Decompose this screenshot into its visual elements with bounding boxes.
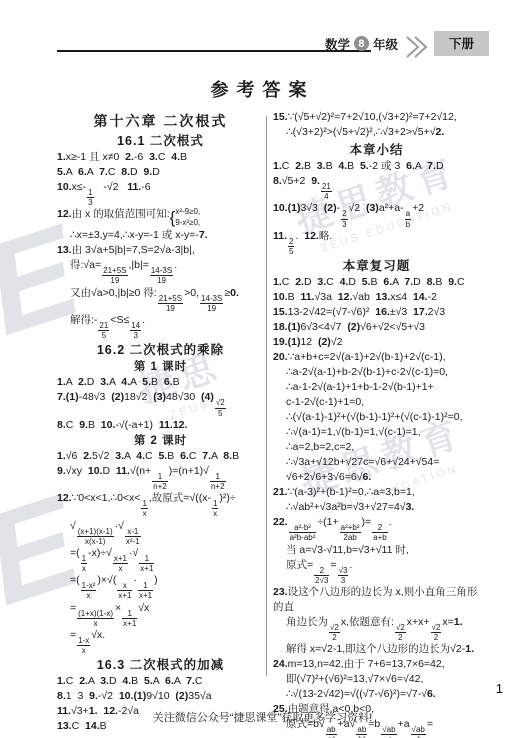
fraction: 14-3S19 <box>150 266 173 285</box>
fraction: 143 <box>130 321 141 340</box>
answer-line-continued: ∴√(13-2√42)=√((√7-√6)²)=√7-√6. <box>273 687 480 702</box>
answer-line: 22.a²-b²a²b-ab²÷(1+a²+b²2ab)=2a+b. <box>273 515 480 542</box>
answer-line-continued: 即(√7)²+(√6)²=13,√7×√6=√42, <box>273 672 480 687</box>
answer-line: 10.B 11.√3a 12.√ab 13.x≤4 14.-2 <box>273 290 480 305</box>
fraction: √33 <box>338 566 349 585</box>
answer-line-continued: 得:√a=21+5S19,|b|=14-3S19. <box>57 258 264 285</box>
answer-line-continued: ∴(√(a-1)-1)²+(√(b-1)-1)²+(√(c-1)-1)²=0, <box>273 410 480 425</box>
answer-line: 5.A 6.A 7.C 8.D 9.D <box>57 165 264 180</box>
fraction: 21+5S19 <box>102 266 127 285</box>
fraction: 25 <box>288 237 294 256</box>
section-heading: 16.2 二次根式的乘除 <box>57 341 264 359</box>
fraction: aba² <box>326 725 337 738</box>
header-rule <box>57 50 371 52</box>
answer-line: 9.√xy 10.D 11.√(n+1n+2)=(n+1)√1n+2 <box>57 464 264 491</box>
answer-line-continued: ∴√(a-1)=1,√(b-1)=1,√(c-1)=1, <box>273 425 480 440</box>
answer-line: 15.∵(√5+√2)²=7+2√10,(√3+2)²=7+2√12, <box>273 110 480 125</box>
answer-line: 21.∵(a-3)²+(b-1)²=0,∴a=3,b=1, <box>273 485 480 500</box>
fraction: 1x+1 <box>122 609 137 628</box>
fraction: 23 <box>341 209 347 228</box>
fraction: (x+1)(x-1)x(x-1) <box>77 527 114 546</box>
fraction: x+1x <box>113 554 128 573</box>
section-heading: 本章复习题 <box>273 257 480 275</box>
fraction: abb² <box>356 725 367 738</box>
answer-line-continued: 当 a=√3-√11,b=√3+√11 时, <box>273 543 480 558</box>
section-heading: 本章小结 <box>273 141 480 159</box>
lesson-heading: 第 1 课时 <box>57 359 264 375</box>
answer-line-continued: ∴√3a+√12b+√27c=√6+√24+√54= <box>273 455 480 470</box>
cases-brace: {x²-9≥0,9-x²≥0, <box>170 207 201 228</box>
answer-line: 1.√6 2.5√2 3.A 4.C 5.B 6.C 7.A 8.B <box>57 449 264 464</box>
page-number: 1 <box>496 681 503 696</box>
left-column: 第十六章 二次根式16.1 二次根式1.x≥-1 且 x≠0 2.-6 3.C … <box>57 110 264 734</box>
answer-line: 1.A 2.D 3.A 4.A 5.B 6.B <box>57 375 264 390</box>
fraction: 1-x²x <box>81 581 97 600</box>
fraction: 14-3S19 <box>200 294 223 313</box>
answer-line: 24.m=13,n=42,由于 7+6=13,7×6=42, <box>273 657 480 672</box>
answer-line: 12.由 x 的取值范围可知:{x²-9≥0,9-x²≥0, <box>57 207 264 228</box>
fraction: 1n+2 <box>210 472 226 491</box>
answer-line-continued: c-1-2√(c-1)+1=0, <box>273 395 480 410</box>
fraction: √ab-b <box>411 725 426 738</box>
answer-line: 8.C 9.B 10.-√(-a+1) 11.12. <box>57 418 264 433</box>
fraction: 1x+1 <box>139 554 154 573</box>
answer-line-continued: =(1+x)(1-x)x×1x+1√x <box>57 601 264 628</box>
answer-line-continued: =1-xx√x. <box>57 628 264 655</box>
answer-line-continued: √(x+1)(x-1)x(x-1)·√x-1x²-1 <box>57 519 264 546</box>
answer-line: 20.∵a+b+c=2√(a-1)+2√(b-1)+2√(c-1), <box>273 350 480 365</box>
fraction: a²-b²a²b-ab² <box>289 523 317 542</box>
fraction: 1x <box>141 499 147 518</box>
chevron-right-icon <box>404 35 432 59</box>
fraction: 13 <box>87 188 93 207</box>
fraction: 2a+b <box>372 523 388 542</box>
fraction: 1x <box>212 499 218 518</box>
fraction: √22 <box>395 623 406 642</box>
answer-line: 1.C 2.B 3.B 4.B 5.-2 或 3 6.A 7.D <box>273 159 480 174</box>
grade-badge: 8 <box>354 36 369 51</box>
answer-line: 13.由 3√a+5|b|=7,S=2√a-3|b|, <box>57 243 264 258</box>
answer-line: 8.√5+2 9.214 <box>273 174 480 201</box>
fraction: √22 <box>329 623 340 642</box>
header-subject: 数学 <box>325 35 350 53</box>
answer-line: 11.25. 12.略. <box>273 229 480 256</box>
fraction: 215 <box>98 321 109 340</box>
answer-line: 1.x≥-1 且 x≠0 2.-6 3.C 4.B <box>57 150 264 165</box>
answer-line-continued: 解得:-215<S≤143. <box>57 313 264 340</box>
answer-line: 7.(1)-48√3 (2)18√2 (3)48√30 (4)√25 <box>57 390 264 417</box>
answer-line: 1.C 2.A 3.D 4.B 5.A 6.A 7.C <box>57 674 264 689</box>
fraction: 1x+1 <box>138 581 153 600</box>
answer-line-continued: ∴√ab²+√3a²b=√3+√27=4√3. <box>273 500 480 515</box>
answer-line-continued: =(1x-x)÷√x+1x·√1x+1 <box>57 546 264 573</box>
answer-line-continued: √6+2√6+3√6=6√6. <box>273 470 480 485</box>
answer-line: 15.13-2√42=(√7-√6)² 16.±√3 17.2√3 <box>273 305 480 320</box>
fraction: 1-xx <box>77 636 90 655</box>
footer-notice: 关注微信公众号“捷思课堂”获取更多学习资料! <box>0 709 525 725</box>
fraction: ab <box>405 209 411 228</box>
lesson-heading: 第 2 课时 <box>57 433 264 449</box>
page-header: 数学 8 年级 下册 <box>325 31 489 56</box>
answer-line: 19.(1)12 (2)√2 <box>273 335 480 350</box>
section-heading: 16.1 二次根式 <box>57 132 264 150</box>
answer-line-continued: =(1-x²x)×√(xx+1·1x+1) <box>57 573 264 600</box>
fraction: (1+x)(1-x)x <box>77 609 114 628</box>
fraction: √22 <box>431 623 442 642</box>
answer-line-continued: 又由√a>0,|b|≥0 得:21+5S19>0,14-3S19≥0. <box>57 286 264 313</box>
answer-line: 10.(1)3√3 (2)-23√2 (3)a²+a-ab+2 <box>273 201 480 228</box>
answer-line: 8.1 3 9.-√2 10.(1)9√10 (2)35√a <box>57 689 264 704</box>
answer-line-continued: ∴(√3+2)²>(√5+√2)²,∴√3+2>√5+√2. <box>273 125 480 140</box>
answer-line-continued: ∴x=±3,y=4,∴x-y=-1 或 x-y=-7. <box>57 228 264 243</box>
fraction: a²+b²2ab <box>340 523 361 542</box>
answer-line: 23.设这个八边形的边长为 x,则小直角三角形的直 <box>273 585 480 615</box>
right-column: 15.∵(√5+√2)²=7+2√10,(√3+2)²=7+2√12,∴(√3+… <box>273 110 480 738</box>
fraction: √ab-a <box>381 725 396 738</box>
answer-line-continued: 角边长为√22x,依题意有:√22x+x+√22x=1. <box>273 615 480 642</box>
fraction: x-1x²-1 <box>125 527 141 546</box>
column-divider <box>266 116 267 676</box>
answer-line: 18.(1)6√3<4√7 (2)√6+√2<√5+√3 <box>273 320 480 335</box>
answer-line-continued: 解得 x=√2-1,即这个八边形的边长为√2-1. <box>273 642 480 657</box>
fraction: 1n+2 <box>152 472 168 491</box>
chapter-heading: 第十六章 二次根式 <box>57 111 264 131</box>
answer-line: 1.C 2.D 3.C 4.D 5.B 6.A 7.D 8.B 9.C <box>273 275 480 290</box>
fraction: √25 <box>215 398 226 417</box>
answer-line-continued: ∴a-2√(a-1)+b-2√(b-1)+c-2√(c-1)=0, <box>273 365 480 380</box>
answer-line: 10.x≤-13 -√2 11.-6 <box>57 180 264 207</box>
fraction: 214 <box>321 182 332 201</box>
section-heading: 16.3 二次根式的加减 <box>57 656 264 674</box>
answer-book-page: 数学 8 年级 下册 参考答案 第十六章 二次根式16.1 二次根式1.x≥-1… <box>0 0 525 738</box>
answer-line-continued: 原式=22√3=√33. <box>273 558 480 585</box>
answer-line-continued: ∴a-1-2√(a-1)+1+b-1-2√(b-1)+1+ <box>273 380 480 395</box>
fraction: 21+5S19 <box>158 294 183 313</box>
answer-line-continued: ∴a=2,b=2,c=2, <box>273 440 480 455</box>
answer-line: 12.∵0<x<1,∴0<x<1x,故原式=√((x-1x)²)÷ <box>57 491 264 518</box>
fraction: 1x <box>81 554 87 573</box>
fraction: xx+1 <box>117 581 132 600</box>
fraction: 22√3 <box>314 566 329 585</box>
page-title: 参考答案 <box>0 76 525 102</box>
volume-badge: 下册 <box>434 31 489 56</box>
header-grade-suffix: 年级 <box>373 35 398 53</box>
